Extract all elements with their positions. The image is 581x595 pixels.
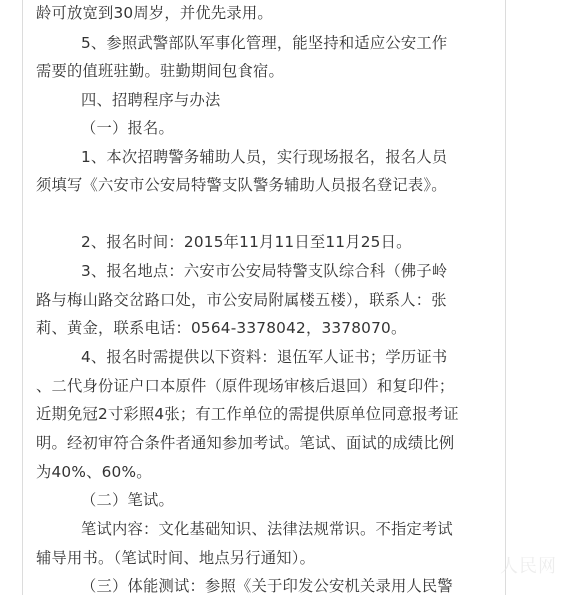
text-line: 2、报名时间：2015年11月11日至11月25日。 [81,229,412,255]
text-line: 近期免冠2寸彩照4张；有工作单位的需提供原单位同意报考证 [36,401,459,427]
text-line: 5、参照武警部队军事化管理，能坚持和适应公安工作 [81,30,447,56]
text-line: 为40%、60%。 [36,459,152,485]
text-line: 莉、黄金，联系电话：0564-3378042，3378070。 [36,315,406,341]
text-line: 4、报名时需提供以下资料：退伍军人证书；学历证书 [81,344,447,370]
section-heading: 四、招聘程序与办法 [81,87,220,113]
text-line: 笔试内容：文化基础知识、法律法规常识。不指定考试 [81,516,453,542]
text-line: 须填写《六安市公安局特警支队警务辅助人员报名登记表》。 [36,172,447,198]
text-line: 明。经初审符合条件者通知参加考试。笔试、面试的成绩比例 [36,430,454,456]
text-line: 路与梅山路交岔路口处，市公安局附属楼五楼），联系人：张 [36,287,447,313]
text-line: 需要的值班驻勤。驻勤期间包食宿。 [36,58,284,84]
subsection-heading: （一）报名。 [81,115,174,141]
text-line: 3、报名地点：六安市公安局特警支队综合科（佛子岭 [81,258,447,284]
watermark-logo: 人民网 [500,552,580,587]
text-line: 龄可放宽到30周岁，并优先录用。 [36,0,273,26]
subsection-heading: （三）体能测试：参照《关于印发公安机关录用人民警 [81,573,453,595]
subsection-heading: （二）笔试。 [81,487,174,513]
text-line: 、二代身份证户口本原件（原件现场审核后退回）和复印件； [36,373,454,399]
text-line: 辅导用书。（笔试时间、地点另行通知）。 [36,545,315,571]
text-line: 1、本次招聘警务辅助人员，实行现场报名，报名人员 [81,144,447,170]
